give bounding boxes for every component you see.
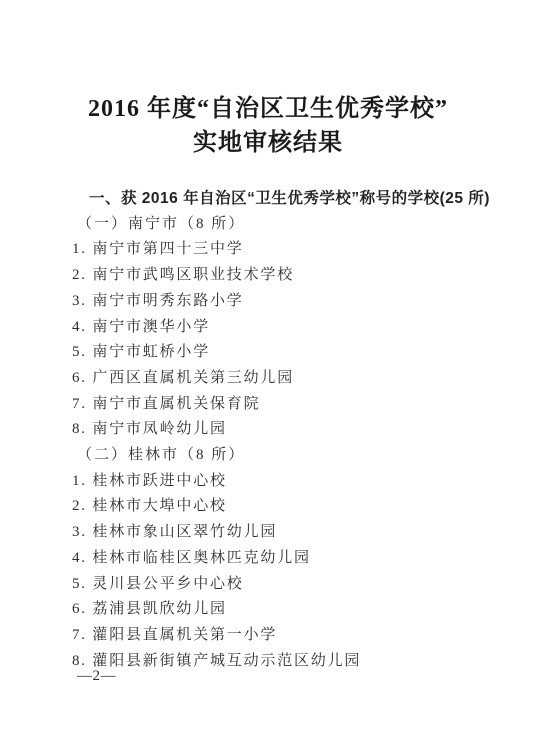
document-body: 一、获 2016 年自治区“卫生优秀学校”称号的学校(25 所) （一）南宁市（… bbox=[60, 186, 476, 674]
section-label-nanning: （一）南宁市（8 所） bbox=[60, 212, 476, 238]
list-item: 4. 南宁市澳华小学 bbox=[60, 315, 476, 341]
list-item: 4. 桂林市临桂区奥林匹克幼儿园 bbox=[60, 546, 476, 572]
list-item: 3. 南宁市明秀东路小学 bbox=[60, 289, 476, 315]
list-item: 6. 荔浦县凯欣幼儿园 bbox=[60, 597, 476, 623]
list-item: 7. 南宁市直属机关保育院 bbox=[60, 392, 476, 418]
list-item: 6. 广西区直属机关第三幼儿园 bbox=[60, 366, 476, 392]
list-item: 8. 南宁市凤岭幼儿园 bbox=[60, 417, 476, 443]
list-item: 2. 南宁市武鸣区职业技术学校 bbox=[60, 263, 476, 289]
list-item: 5. 灵川县公平乡中心校 bbox=[60, 572, 476, 598]
document-title: 2016 年度“自治区卫生优秀学校” 实地审核结果 bbox=[0, 92, 536, 160]
list-item: 5. 南宁市虹桥小学 bbox=[60, 340, 476, 366]
section-label-guilin: （二）桂林市（8 所） bbox=[60, 443, 476, 469]
title-line-1: 2016 年度“自治区卫生优秀学校” bbox=[0, 92, 536, 126]
list-item: 2. 桂林市大埠中心校 bbox=[60, 494, 476, 520]
list-item: 1. 桂林市跃进中心校 bbox=[60, 469, 476, 495]
title-line-2: 实地审核结果 bbox=[0, 126, 536, 160]
list-item: 3. 桂林市象山区翠竹幼儿园 bbox=[60, 520, 476, 546]
list-item: 7. 灌阳县直属机关第一小学 bbox=[60, 623, 476, 649]
list-item: 1. 南宁市第四十三中学 bbox=[60, 237, 476, 263]
page-number: —2— bbox=[77, 668, 116, 685]
list-heading: 一、获 2016 年自治区“卫生优秀学校”称号的学校(25 所) bbox=[60, 186, 476, 212]
document-page: 2016 年度“自治区卫生优秀学校” 实地审核结果 一、获 2016 年自治区“… bbox=[0, 0, 536, 756]
list-item: 8. 灌阳县新街镇产城互动示范区幼儿园 bbox=[60, 649, 476, 675]
